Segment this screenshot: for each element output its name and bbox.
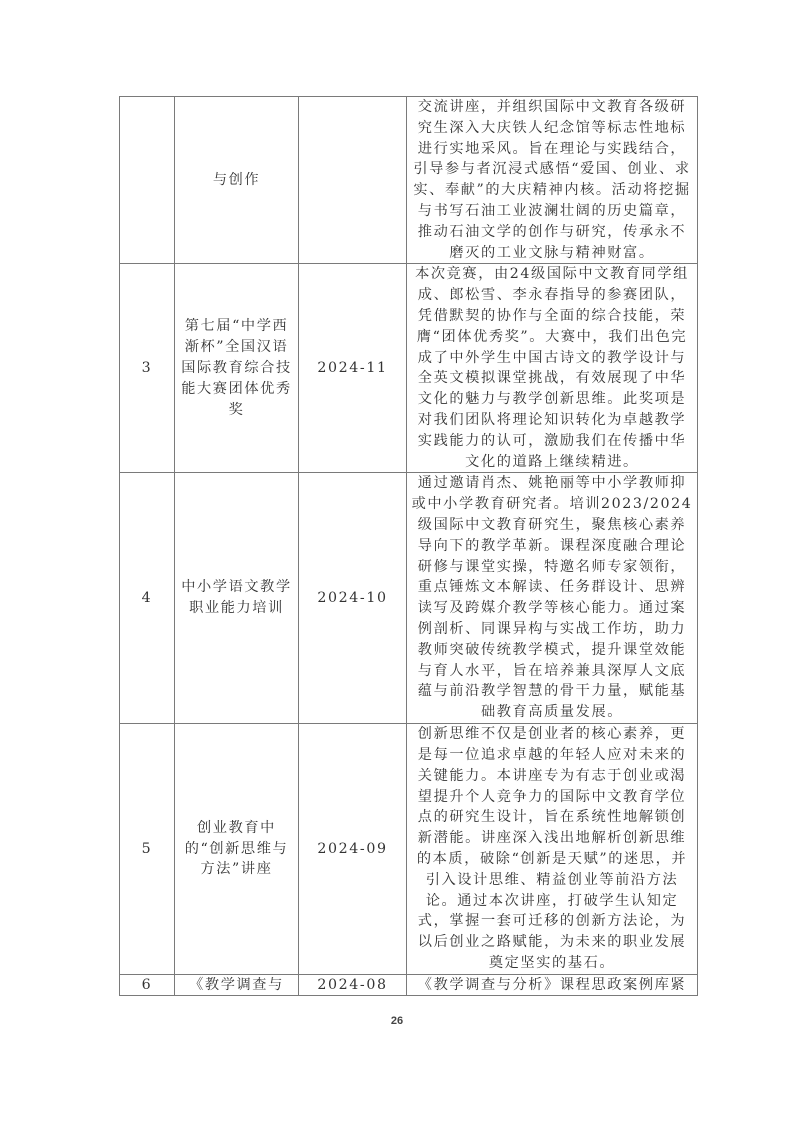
activity-date-cell: 2024-11 bbox=[299, 264, 407, 473]
activity-name-cell: 创业教育中的“创新思维与方法”讲座 bbox=[175, 723, 299, 974]
page-number: 26 bbox=[0, 1015, 794, 1027]
activity-name-cell: 《教学调查与 bbox=[175, 974, 299, 995]
row-number-cell bbox=[120, 97, 175, 264]
row-number-cell: 5 bbox=[120, 723, 175, 974]
document-page: 与创作 交流讲座，并组织国际中文教育各级研究生深入大庆铁人纪念馆等标志性地标进行… bbox=[0, 0, 794, 1122]
table-row: 与创作 交流讲座，并组织国际中文教育各级研究生深入大庆铁人纪念馆等标志性地标进行… bbox=[120, 97, 698, 264]
activity-description-cell: 《教学调查与分析》课程思政案例库紧 bbox=[407, 974, 698, 995]
row-number-cell: 3 bbox=[120, 264, 175, 473]
table-row: 4 中小学语文教学职业能力培训 2024-10 通过邀请肖杰、姚艳丽等中小学教师… bbox=[120, 473, 698, 724]
activities-table: 与创作 交流讲座，并组织国际中文教育各级研究生深入大庆铁人纪念馆等标志性地标进行… bbox=[119, 96, 698, 996]
row-number-cell: 4 bbox=[120, 473, 175, 724]
activity-date-cell: 2024-09 bbox=[299, 723, 407, 974]
activity-description-cell: 交流讲座，并组织国际中文教育各级研究生深入大庆铁人纪念馆等标志性地标进行实地采风… bbox=[407, 97, 698, 264]
row-number-cell: 6 bbox=[120, 974, 175, 995]
table-row: 5 创业教育中的“创新思维与方法”讲座 2024-09 创新思维不仅是创业者的核… bbox=[120, 723, 698, 974]
activity-name-cell: 第七届“中学西渐杯”全国汉语国际教育综合技能大赛团体优秀奖 bbox=[175, 264, 299, 473]
activity-description-cell: 通过邀请肖杰、姚艳丽等中小学教师抑或中小学教育研究者。培训2023/2024级国… bbox=[407, 473, 698, 724]
activity-date-cell: 2024-08 bbox=[299, 974, 407, 995]
activity-description-cell: 本次竞赛，由24级国际中文教育同学组成、郎松雪、李永春指导的参赛团队，凭借默契的… bbox=[407, 264, 698, 473]
table-row: 3 第七届“中学西渐杯”全国汉语国际教育综合技能大赛团体优秀奖 2024-11 … bbox=[120, 264, 698, 473]
activity-name-cell: 与创作 bbox=[175, 97, 299, 264]
table-row: 6 《教学调查与 2024-08 《教学调查与分析》课程思政案例库紧 bbox=[120, 974, 698, 995]
activity-date-cell bbox=[299, 97, 407, 264]
activity-name-cell: 中小学语文教学职业能力培训 bbox=[175, 473, 299, 724]
activity-description-cell: 创新思维不仅是创业者的核心素养，更是每一位追求卓越的年轻人应对未来的关键能力。本… bbox=[407, 723, 698, 974]
activity-date-cell: 2024-10 bbox=[299, 473, 407, 724]
